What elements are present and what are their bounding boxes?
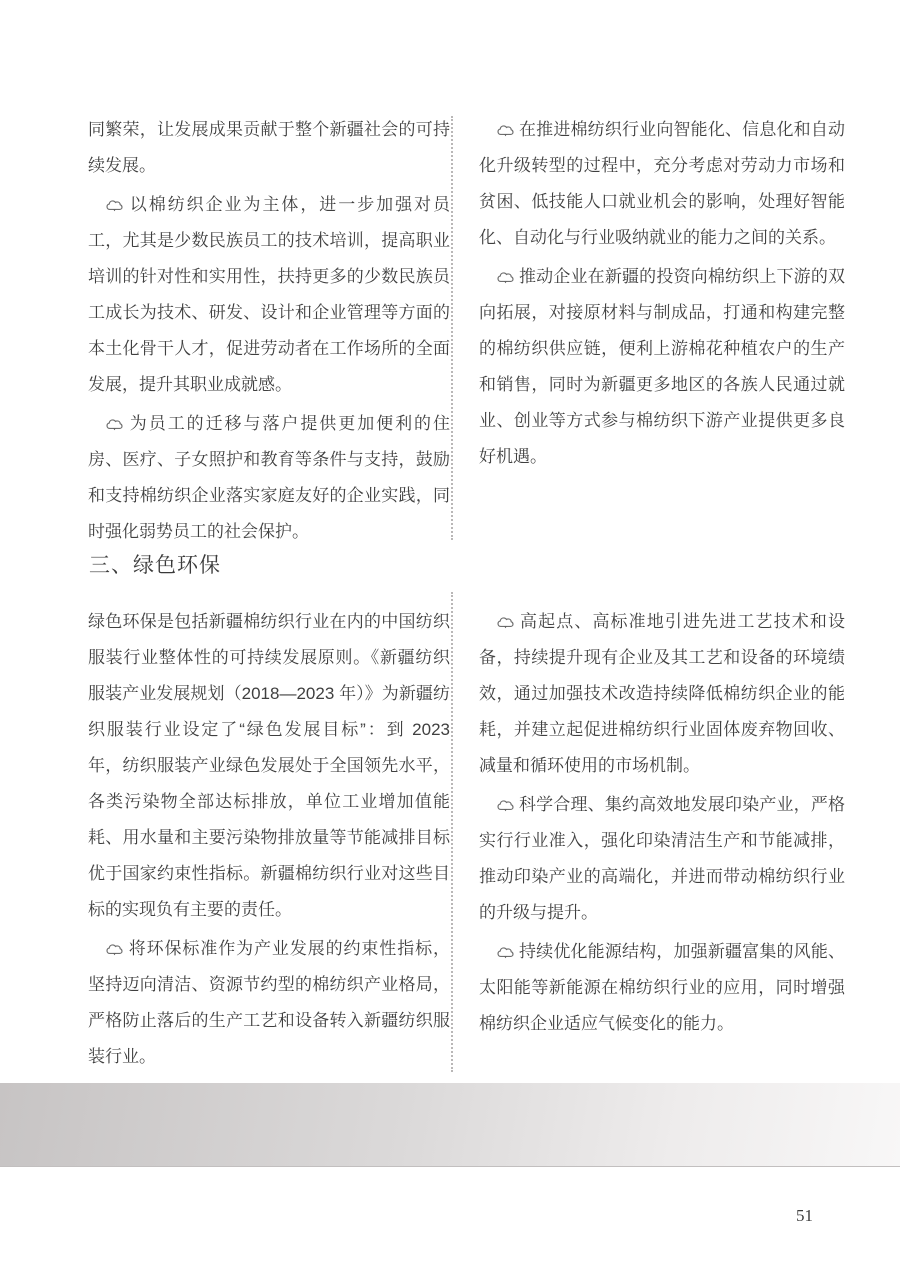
cotton-boll-icon	[106, 187, 124, 223]
column-divider	[451, 592, 453, 1072]
cotton-boll-icon	[106, 406, 124, 442]
paragraph: 在推进棉纺织行业向智能化、信息化和自动化升级转型的过程中，充分考虑对劳动力市场和…	[479, 112, 845, 256]
paragraph: 科学合理、集约高效地发展印染产业，严格实行行业准入，强化印染清洁生产和节能减排，…	[479, 787, 845, 931]
section-heading: 三、绿色环保	[89, 549, 221, 579]
paragraph: 同繁荣，让发展成果贡献于整个新疆社会的可持续发展。	[88, 112, 450, 184]
paragraph-text: 科学合理、集约高效地发展印染产业，严格实行行业准入，强化印染清洁生产和节能减排，…	[479, 795, 845, 922]
paragraph-text: 将环保标准作为产业发展的约束性指标，坚持迈向清洁、资源节约型的棉纺织产业格局，严…	[88, 939, 450, 1066]
paragraph: 以棉纺织企业为主体，进一步加强对员工，尤其是少数民族员工的技术培训，提高职业培训…	[88, 187, 450, 403]
paragraph: 高起点、高标准地引进先进工艺技术和设备，持续提升现有企业及其工艺和设备的环境绩效…	[479, 604, 845, 784]
cotton-boll-icon	[497, 112, 515, 148]
paragraph-text: 为员工的迁移与落户提供更加便利的住房、医疗、子女照护和教育等条件与支持，鼓励和支…	[88, 414, 450, 541]
document-page: 同繁荣，让发展成果贡献于整个新疆社会的可持续发展。 以棉纺织企业为主体，进一步加…	[0, 0, 900, 1272]
section2-left-column: 绿色环保是包括新疆棉纺织行业在内的中国纺织服装行业整体性的可持续发展原则。《新疆…	[88, 604, 450, 1078]
paragraph: 推动企业在新疆的投资向棉纺织上下游的双向拓展，对接原材料与制成品，打通和构建完整…	[479, 259, 845, 475]
cotton-boll-icon	[497, 604, 515, 640]
column-divider	[451, 116, 453, 540]
paragraph: 绿色环保是包括新疆棉纺织行业在内的中国纺织服装行业整体性的可持续发展原则。《新疆…	[88, 604, 450, 928]
paragraph-text: 同繁荣，让发展成果贡献于整个新疆社会的可持续发展。	[88, 120, 450, 175]
paragraph-text: 推动企业在新疆的投资向棉纺织上下游的双向拓展，对接原材料与制成品，打通和构建完整…	[479, 267, 845, 466]
paragraph-text: 在推进棉纺织行业向智能化、信息化和自动化升级转型的过程中，充分考虑对劳动力市场和…	[479, 120, 845, 247]
paragraph-text: 持续优化能源结构，加强新疆富集的风能、太阳能等新能源在棉纺织行业的应用，同时增强…	[479, 942, 845, 1033]
section1-left-column: 同繁荣，让发展成果贡献于整个新疆社会的可持续发展。 以棉纺织企业为主体，进一步加…	[88, 112, 450, 553]
section1-right-column: 在推进棉纺织行业向智能化、信息化和自动化升级转型的过程中，充分考虑对劳动力市场和…	[479, 112, 845, 478]
cotton-boll-icon	[497, 787, 515, 823]
section2-right-column: 高起点、高标准地引进先进工艺技术和设备，持续提升现有企业及其工艺和设备的环境绩效…	[479, 604, 845, 1045]
footer-gradient-band	[0, 1083, 900, 1167]
paragraph: 将环保标准作为产业发展的约束性指标，坚持迈向清洁、资源节约型的棉纺织产业格局，严…	[88, 931, 450, 1075]
cotton-boll-icon	[497, 934, 515, 970]
paragraph-text: 以棉纺织企业为主体，进一步加强对员工，尤其是少数民族员工的技术培训，提高职业培训…	[88, 195, 450, 394]
cotton-boll-icon	[106, 931, 124, 967]
paragraph: 为员工的迁移与落户提供更加便利的住房、医疗、子女照护和教育等条件与支持，鼓励和支…	[88, 406, 450, 550]
paragraph: 持续优化能源结构，加强新疆富集的风能、太阳能等新能源在棉纺织行业的应用，同时增强…	[479, 934, 845, 1042]
paragraph-text: 高起点、高标准地引进先进工艺技术和设备，持续提升现有企业及其工艺和设备的环境绩效…	[479, 612, 845, 775]
cotton-boll-icon	[497, 259, 515, 295]
paragraph-text: 绿色环保是包括新疆棉纺织行业在内的中国纺织服装行业整体性的可持续发展原则。《新疆…	[88, 612, 450, 919]
page-number: 51	[796, 1206, 813, 1226]
